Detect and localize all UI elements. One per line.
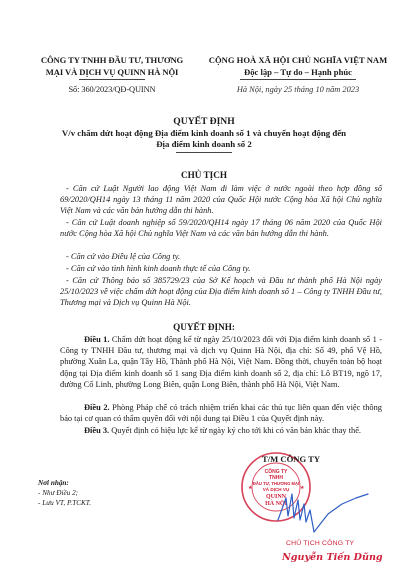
issuing-authority: CHỦ TỊCH <box>0 170 408 180</box>
ground-item: - Căn cứ vào tình hình kinh doanh thực t… <box>60 263 382 274</box>
article-label: Điều 3. <box>84 426 109 435</box>
article-text: Quyết định có hiệu lực kể từ ngày ký cho… <box>109 426 361 435</box>
ground-item: - Căn cứ Luật doanh nghiệp số 59/2020/QH… <box>60 217 382 239</box>
nation-title: CỘNG HOÀ XÃ HỘI CHỦ NGHĨA VIỆT NAM <box>198 54 398 66</box>
ground-item: - Căn cứ vào Điều lệ của Công ty. <box>60 251 382 262</box>
company-name-line2: MẠI VÀ DỊCH VỤ QUINN HÀ NỘI <box>28 66 196 78</box>
article-label: Điều 1. <box>84 335 109 344</box>
decision-heading: QUYẾT ĐỊNH: <box>0 322 408 332</box>
divider <box>176 152 232 153</box>
divider <box>240 79 356 80</box>
svg-text:CÔNG TY: CÔNG TY <box>265 467 288 475</box>
svg-text:ĐẦU TƯ, THƯƠNG MẠI: ĐẦU TƯ, THƯƠNG MẠI <box>253 481 299 486</box>
svg-text:★: ★ <box>248 485 253 491</box>
handwritten-signature-icon <box>276 490 372 534</box>
document-number: Số: 360/2023/QĐ-QUINN <box>28 84 196 96</box>
subject-line-1: V/v chấm dứt hoạt động Địa điểm kinh doa… <box>0 128 408 140</box>
ground-item: - Căn cứ Luật Người lao động Việt Nam đi… <box>60 183 382 217</box>
recipient-item: - Như Điều 2; <box>38 488 91 498</box>
issue-date: Hà Nội, ngày 25 tháng 10 năm 2023 <box>198 84 398 96</box>
national-header: CỘNG HOÀ XÃ HỘI CHỦ NGHĨA VIỆT NAM Độc l… <box>198 54 398 96</box>
on-behalf-label: T/M CÔNG TY <box>262 454 320 464</box>
national-motto: Độc lập – Tự do – Hạnh phúc <box>198 66 398 78</box>
recipient-item: - Lưu VT, P.TCKT. <box>38 498 91 508</box>
article-text: Chấm dứt hoạt động kể từ ngày 25/10/2023… <box>60 335 382 389</box>
signatory-name: Nguyễn Tiến Dũng <box>282 552 383 563</box>
company-name-line1: CÔNG TY TNHH ĐẦU TƯ, THƯƠNG <box>28 54 196 66</box>
company-header: CÔNG TY TNHH ĐẦU TƯ, THƯƠNG MẠI VÀ DỊCH … <box>28 54 196 96</box>
article-3: Điều 3. Quyết định có hiệu lực kể từ ngà… <box>60 425 382 436</box>
decision-title: QUYẾT ĐỊNH V/v chấm dứt hoạt động Địa đi… <box>0 116 408 153</box>
signatory-title: CHỦ TỊCH CÔNG TY <box>286 540 354 547</box>
article-1: Điều 1. Chấm dứt hoạt động kể từ ngày 25… <box>60 334 382 390</box>
article-2: Điều 2. Phòng Pháp chế có trách nhiệm tr… <box>60 402 382 424</box>
recipients-heading: Nơi nhận: <box>38 478 91 488</box>
recipients: Nơi nhận: - Như Điều 2; - Lưu VT, P.TCKT… <box>38 478 91 508</box>
subject-line-2: Địa điểm kinh doanh số 2 <box>0 139 408 151</box>
article-label: Điều 2. <box>84 403 110 412</box>
divider <box>79 79 145 80</box>
page-title: QUYẾT ĐỊNH <box>0 116 408 128</box>
ground-item: - Căn cứ Thông báo số 385729/23 của Sở K… <box>60 275 382 309</box>
